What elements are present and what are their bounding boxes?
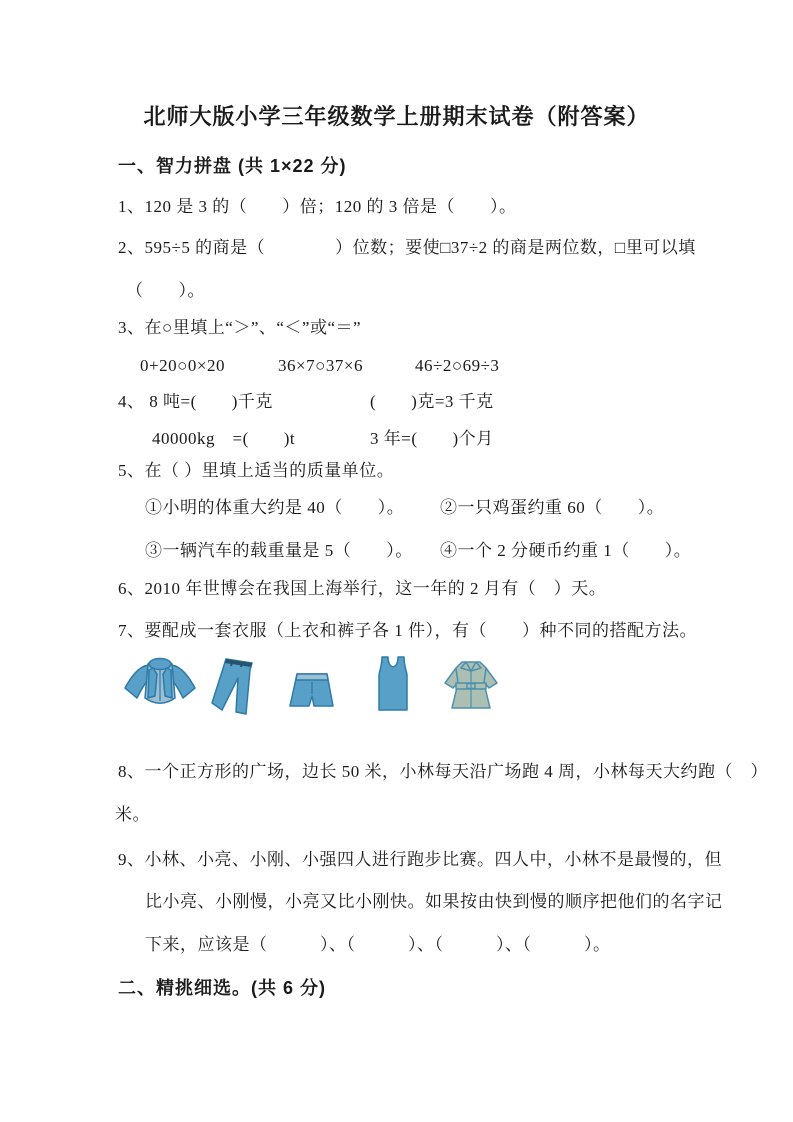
question-2-line-1: 2、595÷5 的商是（ ）位数；要使□37÷2 的商是两位数，□里可以填 — [118, 237, 696, 259]
question-4-col-1: 4、 8 吨=( )千克 — [118, 391, 273, 413]
vest-icon — [374, 654, 412, 719]
question-5-sub-2: ②一只鸡蛋约重 60（ ）。 — [440, 497, 664, 519]
question-2-line-2: （ ）。 — [126, 280, 205, 302]
question-5-sub-3: ③一辆汽车的载重量是 5（ ）。 — [145, 540, 413, 562]
pants-icon — [210, 656, 260, 723]
question-5-sub-4: ④一个 2 分硬币约重 1（ ）。 — [440, 540, 691, 562]
question-9-line-1: 9、小林、小亮、小刚、小强四人进行跑步比赛。四人中，小林不是最慢的，但 — [118, 849, 722, 871]
question-9-line-2: 比小亮、小刚慢，小亮又比小刚快。如果按由快到慢的顺序把他们的名字记 — [145, 891, 723, 913]
question-4-col-2: ( )克=3 千克 — [370, 391, 494, 413]
question-6: 6、2010 年世博会在我国上海举行，这一年的 2 月有（ ）天。 — [118, 578, 606, 600]
question-4-col-4: 3 年=( )个月 — [370, 428, 494, 450]
question-3-expression-3: 46÷2○69÷3 — [415, 355, 499, 377]
coat-icon — [440, 656, 502, 719]
question-5-sub-1: ①小明的体重大约是 40（ ）。 — [145, 497, 404, 519]
exam-paper-page: 北师大版小学三年级数学上册期末试卷（附答案） 一、智力拼盘 (共 1×22 分)… — [0, 0, 793, 1122]
question-3: 3、在○里填上“＞”、“＜”或“＝” — [118, 317, 361, 339]
jacket-icon — [122, 652, 198, 719]
exam-title: 北师大版小学三年级数学上册期末试卷（附答案） — [0, 100, 793, 131]
question-3-expression-1: 0+20○0×20 — [140, 355, 225, 377]
question-8-line-2: 米。 — [115, 804, 150, 826]
question-7: 7、要配成一套衣服（上衣和裤子各 1 件），有（ ）种不同的搭配方法。 — [118, 620, 697, 642]
question-8-line-1: 8、一个正方形的广场，边长 50 米，小林每天沿广场跑 4 周，小林每天大约跑（… — [118, 761, 768, 783]
section-2-heading: 二、精挑细选。(共 6 分) — [118, 974, 326, 1000]
section-1-heading: 一、智力拼盘 (共 1×22 分) — [118, 152, 347, 178]
question-9-line-3: 下来，应该是（ ）、（ ）、（ ）、（ ）。 — [145, 934, 611, 956]
question-4-col-3: 40000kg =( )t — [152, 428, 295, 450]
question-3-expression-2: 36×7○37×6 — [278, 355, 363, 377]
question-1: 1、120 是 3 的（ ）倍；120 的 3 倍是（ ）。 — [118, 196, 517, 218]
question-5: 5、在（ ）里填上适当的质量单位。 — [118, 460, 394, 482]
shorts-icon — [288, 666, 336, 717]
clothing-images-row — [118, 648, 548, 718]
